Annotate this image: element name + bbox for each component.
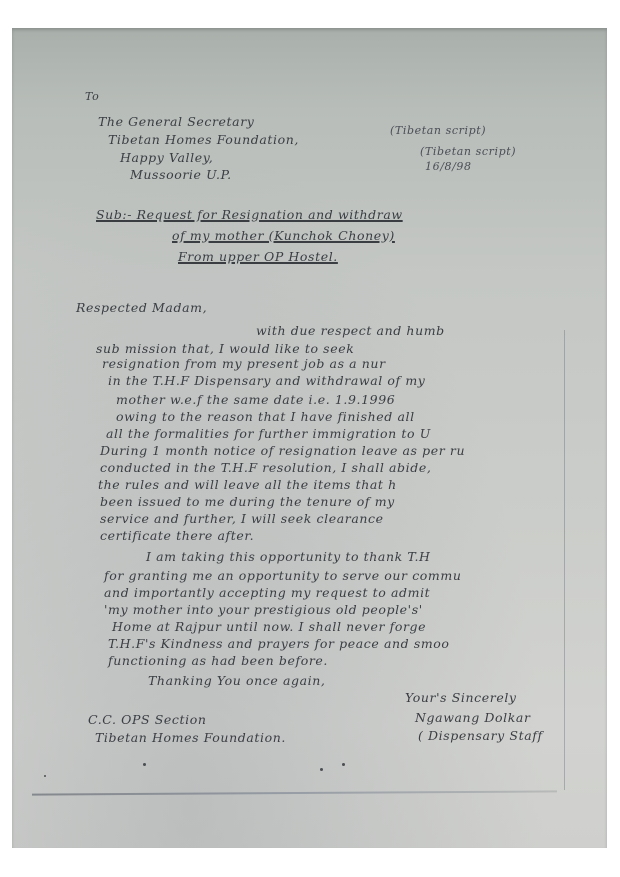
signature-name: Ngawang Dolkar [415,710,531,725]
recipient-line: Tibetan Homes Foundation, [108,132,299,147]
body-line: all the formalities for further immigrat… [106,426,431,441]
signature-line: Your's Sincerely [405,690,517,705]
body-line: Home at Rajpur until now. I shall never … [112,619,426,634]
body-line: resignation from my present job as a nur [102,356,386,371]
body-line: 'my mother into your prestigious old peo… [104,602,423,617]
subject-line: of my mother (Kunchok Choney) [172,228,395,243]
received-note: (Tibetan script) [420,145,516,158]
body-line: and importantly accepting my request to … [104,585,430,600]
body-line: mother w.e.f the same date i.e. 1.9.1996 [116,392,395,407]
body-line: T.H.F's Kindness and prayers for peace a… [108,636,450,651]
to-label: To [85,90,99,103]
body-line: been issued to me during the tenure of m… [100,494,395,509]
cc-line: Tibetan Homes Foundation. [95,730,286,745]
body-line: for granting me an opportunity to serve … [104,568,462,583]
body-line: the rules and will leave all the items t… [98,477,397,492]
salutation: Respected Madam, [76,300,207,315]
received-note: (Tibetan script) [390,124,486,137]
body-line: sub mission that, I would like to seek [96,341,354,356]
cc-line: C.C. OPS Section [88,712,207,727]
body-line: I am taking this opportunity to thank T.… [146,549,431,564]
recipient-line: Mussoorie U.P. [130,167,232,182]
body-line: service and further, I will seek clearan… [100,511,384,526]
received-date: 16/8/98 [425,160,472,173]
body-line: During 1 month notice of resignation lea… [100,443,465,458]
subject-line: From upper OP Hostel. [178,249,338,264]
body-line: functioning as had been before. [108,653,328,668]
ink-speck [320,768,323,771]
frame-edge-right [564,330,565,790]
body-line: with due respect and humb [256,323,445,338]
body-line: owing to the reason that I have finished… [116,409,415,424]
ink-speck [143,763,146,766]
subject-line: Sub:- Request for Resignation and withdr… [96,207,403,222]
body-line: conducted in the T.H.F resolution, I sha… [100,460,431,475]
ink-speck [342,763,345,766]
closing: Thanking You once again, [148,673,325,688]
body-line: in the T.H.F Dispensary and withdrawal o… [108,373,425,388]
recipient-line: The General Secretary [98,114,254,129]
ink-speck [44,775,46,777]
signature-line: ( Dispensary Staff [418,728,543,743]
body-line: certificate there after. [100,528,254,543]
recipient-line: Happy Valley, [120,150,213,165]
